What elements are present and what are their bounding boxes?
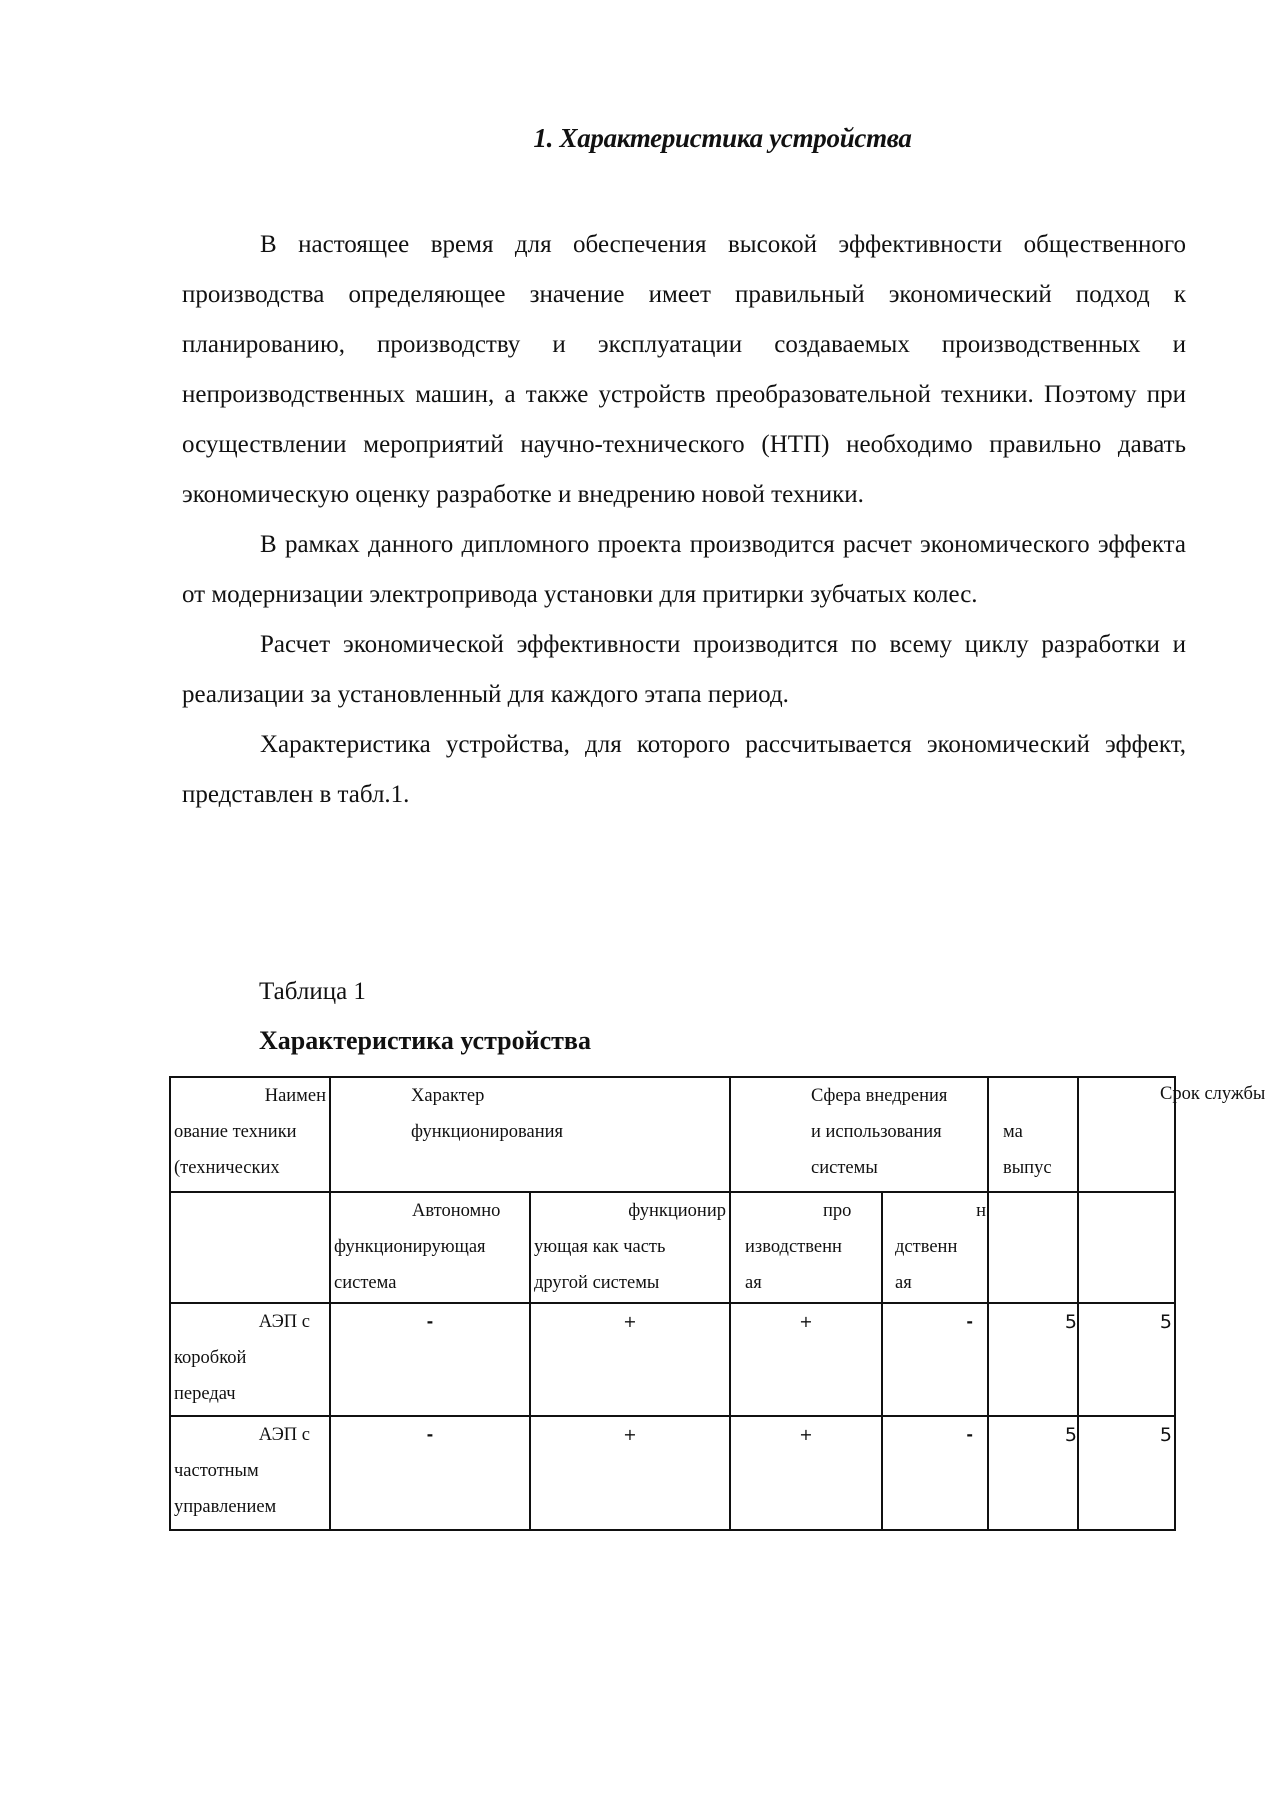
subheader-empty-cell <box>169 1191 331 1304</box>
subheader-lifetime-cell <box>1077 1191 1176 1304</box>
header-functioning-cell: Характер функционирования <box>329 1076 731 1193</box>
subheader-part-of-other-cell: функционир ующая как часть другой систем… <box>529 1191 731 1304</box>
row-name-line: передач <box>174 1376 326 1412</box>
row-name-line: частотным <box>174 1453 326 1489</box>
header-sphere-cell: Сфера внедрения и использования системы <box>729 1076 989 1193</box>
subheader-autonomous-line: система <box>334 1265 526 1301</box>
paragraph: Характеристика устройства, для которого … <box>182 720 1186 820</box>
subheader-production-line: ая <box>745 1265 878 1301</box>
header-volume-line: выпус <box>1003 1150 1074 1186</box>
row-name-line: управлением <box>174 1489 326 1525</box>
paragraph: В рамках данного дипломного проекта прои… <box>182 520 1186 620</box>
row2-autonomous-cell: - <box>329 1415 531 1531</box>
subheader-autonomous-line: функционирующая <box>334 1229 526 1265</box>
header-name-line: Наимен <box>174 1078 326 1114</box>
header-functioning-line: функционирования <box>411 1114 726 1150</box>
row-name-line: коробкой <box>174 1340 326 1376</box>
subheader-non-production-cell: н дственн ая <box>881 1191 989 1304</box>
header-sphere-line: системы <box>811 1150 984 1186</box>
subheader-volume-cell <box>987 1191 1079 1304</box>
paragraph: В настоящее время для обеспечения высоко… <box>182 220 1186 520</box>
row2-production-cell: + <box>729 1415 883 1531</box>
document-page: 1. Характеристика устройства В настоящее… <box>0 0 1280 1811</box>
table-title: Характеристика устройства <box>259 1021 591 1061</box>
header-sphere-line: и использования <box>811 1114 984 1150</box>
section-heading: 1. Характеристика устройства <box>0 118 1280 158</box>
row1-part-of-other-cell: + <box>529 1302 731 1417</box>
subheader-autonomous-line: Автономно <box>334 1193 526 1229</box>
row2-non-production-cell: - <box>881 1415 989 1531</box>
subheader-autonomous-cell: Автономно функционирующая система <box>329 1191 531 1304</box>
row2-volume-cell: 5 <box>987 1415 1079 1531</box>
row1-lifetime-cell: 5 <box>1077 1302 1176 1417</box>
subheader-non-production-line: н <box>895 1193 986 1229</box>
row1-name-cell: АЭП с коробкой передач <box>169 1302 331 1417</box>
row1-non-production-cell: - <box>881 1302 989 1417</box>
subheader-non-production-line: дственн <box>895 1229 986 1265</box>
subheader-part-of-other-line: ующая как часть <box>534 1229 726 1265</box>
header-name-line: (технических <box>174 1150 326 1186</box>
row1-volume-cell: 5 <box>987 1302 1079 1417</box>
subheader-production-line: про <box>745 1193 878 1229</box>
row1-production-cell: + <box>729 1302 883 1417</box>
paragraph: Расчет экономической эффективности произ… <box>182 620 1186 720</box>
subheader-part-of-other-line: функционир <box>534 1193 726 1229</box>
header-functioning-line: Характер <box>411 1078 726 1114</box>
header-name-cell: Наимен ование техники (технических <box>169 1076 331 1193</box>
row-name-line: АЭП с <box>174 1304 326 1340</box>
header-volume-line: ма <box>1003 1114 1074 1150</box>
row2-lifetime-cell: 5 <box>1077 1415 1176 1531</box>
row1-autonomous-cell: - <box>329 1302 531 1417</box>
header-lifetime-label: Срок службы <box>1160 1076 1265 1112</box>
header-sphere-line: Сфера внедрения <box>811 1078 984 1114</box>
row-name-line: АЭП с <box>174 1417 326 1453</box>
subheader-production-cell: про изводственн ая <box>729 1191 883 1304</box>
subheader-production-line: изводственн <box>745 1229 878 1265</box>
body-text: В настоящее время для обеспечения высоко… <box>182 220 1186 820</box>
row2-name-cell: АЭП с частотным управлением <box>169 1415 331 1531</box>
row2-part-of-other-cell: + <box>529 1415 731 1531</box>
table-number: Таблица 1 <box>259 972 366 1012</box>
subheader-non-production-line: ая <box>895 1265 986 1301</box>
header-name-line: ование техники <box>174 1114 326 1150</box>
characteristics-table: Наимен ование техники (технических Харак… <box>169 1076 1176 1531</box>
header-volume-cell: ма выпус <box>987 1076 1079 1193</box>
subheader-part-of-other-line: другой системы <box>534 1265 726 1301</box>
